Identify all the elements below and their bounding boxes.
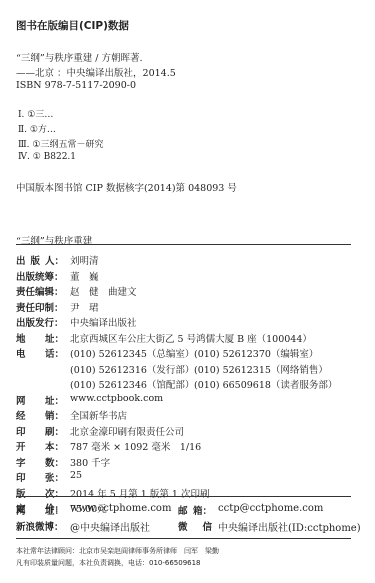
classification-line: Ⅳ. ① B822.1 xyxy=(18,152,76,162)
email-link[interactable]: cctp@cctphome.com xyxy=(218,503,323,517)
field-label: 出版统筹： xyxy=(16,269,70,283)
phone-number: (010) 52612370（编辑室） xyxy=(194,346,318,360)
colophon-row: 印张：25 xyxy=(16,470,82,484)
divider xyxy=(16,244,351,245)
field-value: 中央编译出版社 xyxy=(70,315,137,329)
weibo-handle: @中央编译出版社 xyxy=(70,519,178,534)
spacer xyxy=(16,362,70,376)
colophon-row: 责任印制：尹 珺 xyxy=(16,300,99,314)
phone-number: (010) 52612316（发行部） xyxy=(70,362,194,376)
field-label: 出版人： xyxy=(16,253,64,267)
phone-number: (010) 66509618（读者服务部） xyxy=(194,377,318,391)
divider xyxy=(16,538,351,539)
colophon-row: 地址：北京西城区车公庄大街乙 5 号鸿儒大厦 B 座（100044） xyxy=(16,331,312,345)
spacer xyxy=(16,377,70,391)
field-value: 北京金濠印刷有限责任公司 xyxy=(70,424,184,438)
field-value: 25 xyxy=(70,470,82,484)
phone-number: (010) 52612345（总编室） xyxy=(70,346,194,360)
phone-row: (010) 52612316（发行部）(010) 52612315（网络销售） xyxy=(16,362,318,376)
phone-number: (010) 52612315（网络销售） xyxy=(194,362,318,376)
colophon-row: 开本：787 毫米 × 1092 毫米 1/16 xyxy=(16,439,201,453)
field-value: 380 千字 xyxy=(70,455,110,469)
field-label: 责任编辑： xyxy=(16,284,70,298)
legal-counsel-note: 本社常年法律顾问：北京市吴栾赵阎律师事务所律师 闫军 梁勤 xyxy=(16,546,219,556)
field-value: 董 巍 xyxy=(70,269,99,283)
cip-title-line: “三纲”与秩序重建 / 方朝晖著. xyxy=(16,50,142,64)
classification-line: Ⅲ. ①三纲五常－研究 xyxy=(18,137,103,150)
field-value: 787 毫米 × 1092 毫米 1/16 xyxy=(70,439,201,453)
wechat-label: 微信 xyxy=(178,519,212,534)
field-value: 赵 健 曲建文 xyxy=(70,284,137,298)
divider xyxy=(16,496,351,497)
cip-heading: 图书在版编目(CIP)数据 xyxy=(16,18,129,33)
field-value: 刘明清 xyxy=(70,253,99,267)
colophon-row: 出版人：刘明清 xyxy=(16,253,99,267)
colophon-row: 版次：2014 年 5 月第 1 版第 1 次印刷 xyxy=(16,486,209,500)
colophon-row: 经销：全国新华书店 xyxy=(16,408,127,422)
wechat-id: 中央编译出版社(ID:cctphome) xyxy=(218,519,361,534)
website-link[interactable]: www.cctphome.com xyxy=(70,503,178,517)
field-label: 印张： xyxy=(16,470,64,484)
field-label: 开本： xyxy=(16,439,64,453)
phone-number: (010) 52612346（馆配部） xyxy=(70,377,194,391)
classification-line: Ⅱ. ①方… xyxy=(18,122,56,135)
cip-isbn-line: ISBN 978-7-5117-2090-0 xyxy=(16,80,136,91)
cip-publisher-line: ——北京 ：中央编译出版社，2014.5 xyxy=(16,65,176,79)
field-value: 2014 年 5 月第 1 版第 1 次印刷 xyxy=(70,486,209,500)
phone-row: (010) 52612346（馆配部）(010) 66509618（读者服务部） xyxy=(16,377,318,391)
colophon-row: 出版发行：中央编译出版社 xyxy=(16,315,137,329)
field-label: 网址： xyxy=(16,393,64,407)
field-label: 地址： xyxy=(16,331,64,345)
field-label: 出版发行： xyxy=(16,315,70,329)
field-label: 电话： xyxy=(16,346,64,360)
colophon-row: 印刷：北京金濠印刷有限责任公司 xyxy=(16,424,184,438)
field-label: 责任印制： xyxy=(16,300,70,314)
website-label: 网址： xyxy=(16,503,64,517)
field-label: 印刷： xyxy=(16,424,64,438)
colophon-row: 出版统筹：董 巍 xyxy=(16,269,99,283)
field-value: 全国新华书店 xyxy=(70,408,127,422)
field-label: 版次： xyxy=(16,486,64,500)
weibo-label: 新浪微博： xyxy=(16,519,70,534)
field-value[interactable]: www.cctpbook.com xyxy=(70,393,163,407)
email-label: 邮箱： xyxy=(178,503,212,517)
colophon-row: 网址：www.cctpbook.com xyxy=(16,393,163,407)
classification-line: Ⅰ. ①三… xyxy=(18,107,53,120)
phone-row: 电话：(010) 52612345（总编室）(010) 52612370（编辑室… xyxy=(16,346,318,360)
colophon-row: 责任编辑：赵 健 曲建文 xyxy=(16,284,137,298)
field-label: 字数： xyxy=(16,455,64,469)
field-value: 北京西城区车公庄大街乙 5 号鸿儒大厦 B 座（100044） xyxy=(70,331,312,345)
footer-row-web-email: 网址： www.cctphome.com 邮箱： cctp@cctphome.c… xyxy=(16,503,323,517)
field-value: 尹 珺 xyxy=(70,300,99,314)
quality-note: 凡有印装质量问题，本社负责调换，电话：010-66509618 xyxy=(16,558,201,568)
footer-row-weibo-wechat: 新浪微博： @中央编译出版社 微信 中央编译出版社(ID:cctphome) xyxy=(16,519,361,534)
cip-record-number: 中国版本图书馆 CIP 数据核字(2014)第 048093 号 xyxy=(16,180,237,194)
colophon-row: 字数：380 千字 xyxy=(16,455,110,469)
field-label: 经销： xyxy=(16,408,64,422)
